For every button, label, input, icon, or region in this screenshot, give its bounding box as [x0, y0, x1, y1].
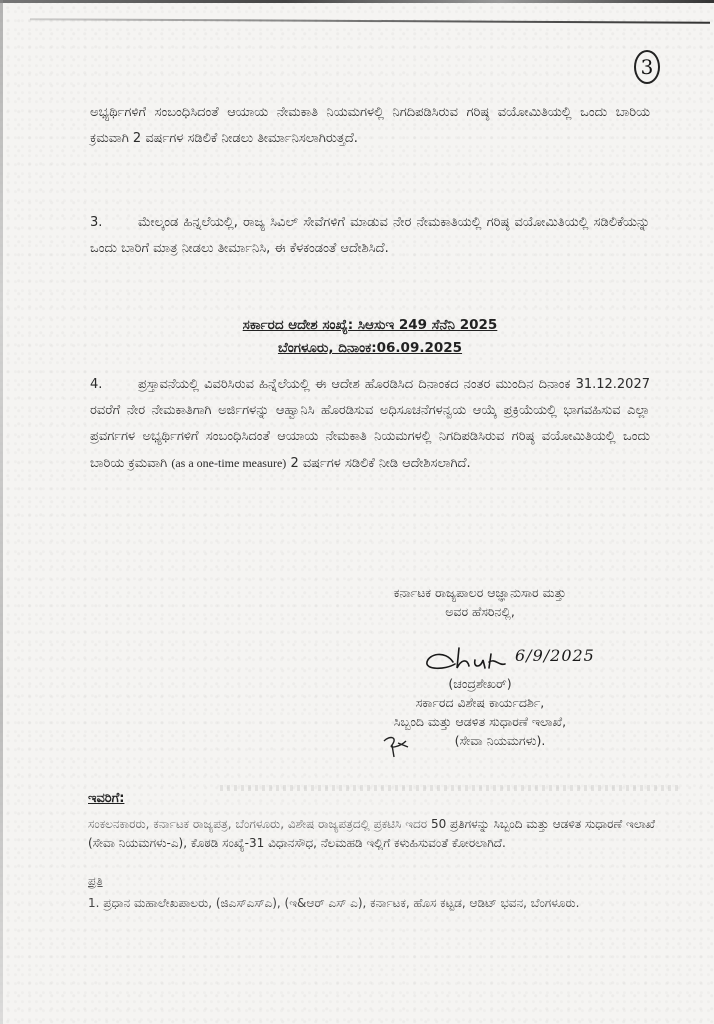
copy-heading: ಪ್ರತಿ	[88, 874, 103, 889]
paragraph-tail: 2 ವರ್ಷಗಳ ಸಡಿಲಿಕೆ ನೀಡಿ ಆದೇಶಿಸಲಾಗಿದೆ.	[290, 456, 470, 471]
recipients-text: ಸಂಕಲನಕಾರರು, ಕರ್ನಾಟಕ ರಾಜ್ಯಪತ್ರ, ಬೆಂಗಳೂರು,…	[88, 815, 658, 853]
signature-date: 6/9/2025	[515, 646, 595, 665]
signatory-block: (ಚಂದ್ರಶೇಖರ್) ಸರ್ಕಾರದ ವಿಶೇಷ ಕಾರ್ಯದರ್ಶಿ, ಸ…	[300, 674, 660, 750]
authority-line-1: ಕರ್ನಾಟಕ ರಾಜ್ಯಪಾಲರ ಆಜ್ಞಾನುಸಾರ ಮತ್ತು	[300, 583, 660, 602]
signatory-designation: ಸರ್ಕಾರದ ವಿಶೇಷ ಕಾರ್ಯದರ್ಶಿ,	[300, 693, 660, 712]
paragraph-3: 3.ಮೇಲ್ಕಂಡ ಹಿನ್ನಲೆಯಲ್ಲಿ, ರಾಜ್ಯ ಸಿವಿಲ್ ಸೇವ…	[90, 210, 650, 262]
scanned-page: 3 ಅಭ್ಯರ್ಥಿಗಳಿಗೆ ಸಂಬಂಧಿಸಿದಂತೆ ಆಯಾಯ ನೇಮಕಾತ…	[0, 0, 714, 1024]
recipients-heading: ಇವರಿಗೆ:	[88, 791, 124, 806]
page-number-circled: 3	[634, 50, 660, 84]
paragraph-number: 4.	[90, 372, 138, 398]
order-heading: ಸರ್ಕಾರದ ಆದೇಶ ಸಂಖ್ಯೆ: ಸಿಆಸುಇ 249 ಸೆನೆನಿ 2…	[90, 314, 650, 360]
authority-line: ಕರ್ನಾಟಕ ರಾಜ್ಯಪಾಲರ ಆಜ್ಞಾನುಸಾರ ಮತ್ತು ಅವರ ಹ…	[300, 583, 660, 621]
signatory-section: (ಸೇವಾ ನಿಯಮಗಳು).	[300, 731, 660, 750]
intro-paragraph: ಅಭ್ಯರ್ಥಿಗಳಿಗೆ ಸಂಬಂಧಿಸಿದಂತೆ ಆಯಾಯ ನೇಮಕಾತಿ …	[90, 100, 650, 152]
scan-artifact-line	[30, 18, 710, 24]
handwritten-initials	[380, 733, 410, 759]
paragraph-text: ಮೇಲ್ಕಂಡ ಹಿನ್ನಲೆಯಲ್ಲಿ, ರಾಜ್ಯ ಸಿವಿಲ್ ಸೇವೆಗ…	[90, 215, 650, 256]
copy-list-item: 1. ಪ್ರಧಾನ ಮಹಾಲೇಖಪಾಲರು, (ಜಿಎಸ್ಎಸ್ಎ), (ಇ&ಆ…	[88, 894, 658, 913]
english-phrase: (as a one-time measure)	[171, 456, 286, 470]
order-place-date: ಬೆಂಗಳೂರು, ದಿನಾಂಕ:06.09.2025	[278, 340, 462, 356]
order-number: ಸರ್ಕಾರದ ಆದೇಶ ಸಂಖ್ಯೆ: ಸಿಆಸುಇ 249 ಸೆನೆನಿ 2…	[243, 317, 498, 333]
signatory-department: ಸಿಬ್ಬಂದಿ ಮತ್ತು ಆಡಳಿತ ಸುಧಾರಣೆ ಇಲಾಖೆ,	[300, 712, 660, 731]
signatory-name: (ಚಂದ್ರಶೇಖರ್)	[300, 674, 660, 693]
scan-edge-left	[0, 0, 3, 1024]
scan-noise	[220, 785, 680, 791]
scan-edge	[0, 0, 714, 3]
paragraph-4: 4.ಪ್ರಸ್ತಾವನೆಯಲ್ಲಿ ವಿವರಿಸಿರುವ ಹಿನ್ನೆಲೆಯಲ್…	[90, 372, 650, 477]
paragraph-number: 3.	[90, 210, 138, 236]
authority-line-2: ಅವರ ಹೆಸರಿನಲ್ಲಿ,	[300, 602, 660, 621]
recipients-text-faint: ಸಂಕಲನಕಾರರು, ಕರ್ನಾಟಕ ರಾಜ್ಯಪತ್ರ, ಬೆಂಗಳೂರು,…	[88, 817, 427, 831]
